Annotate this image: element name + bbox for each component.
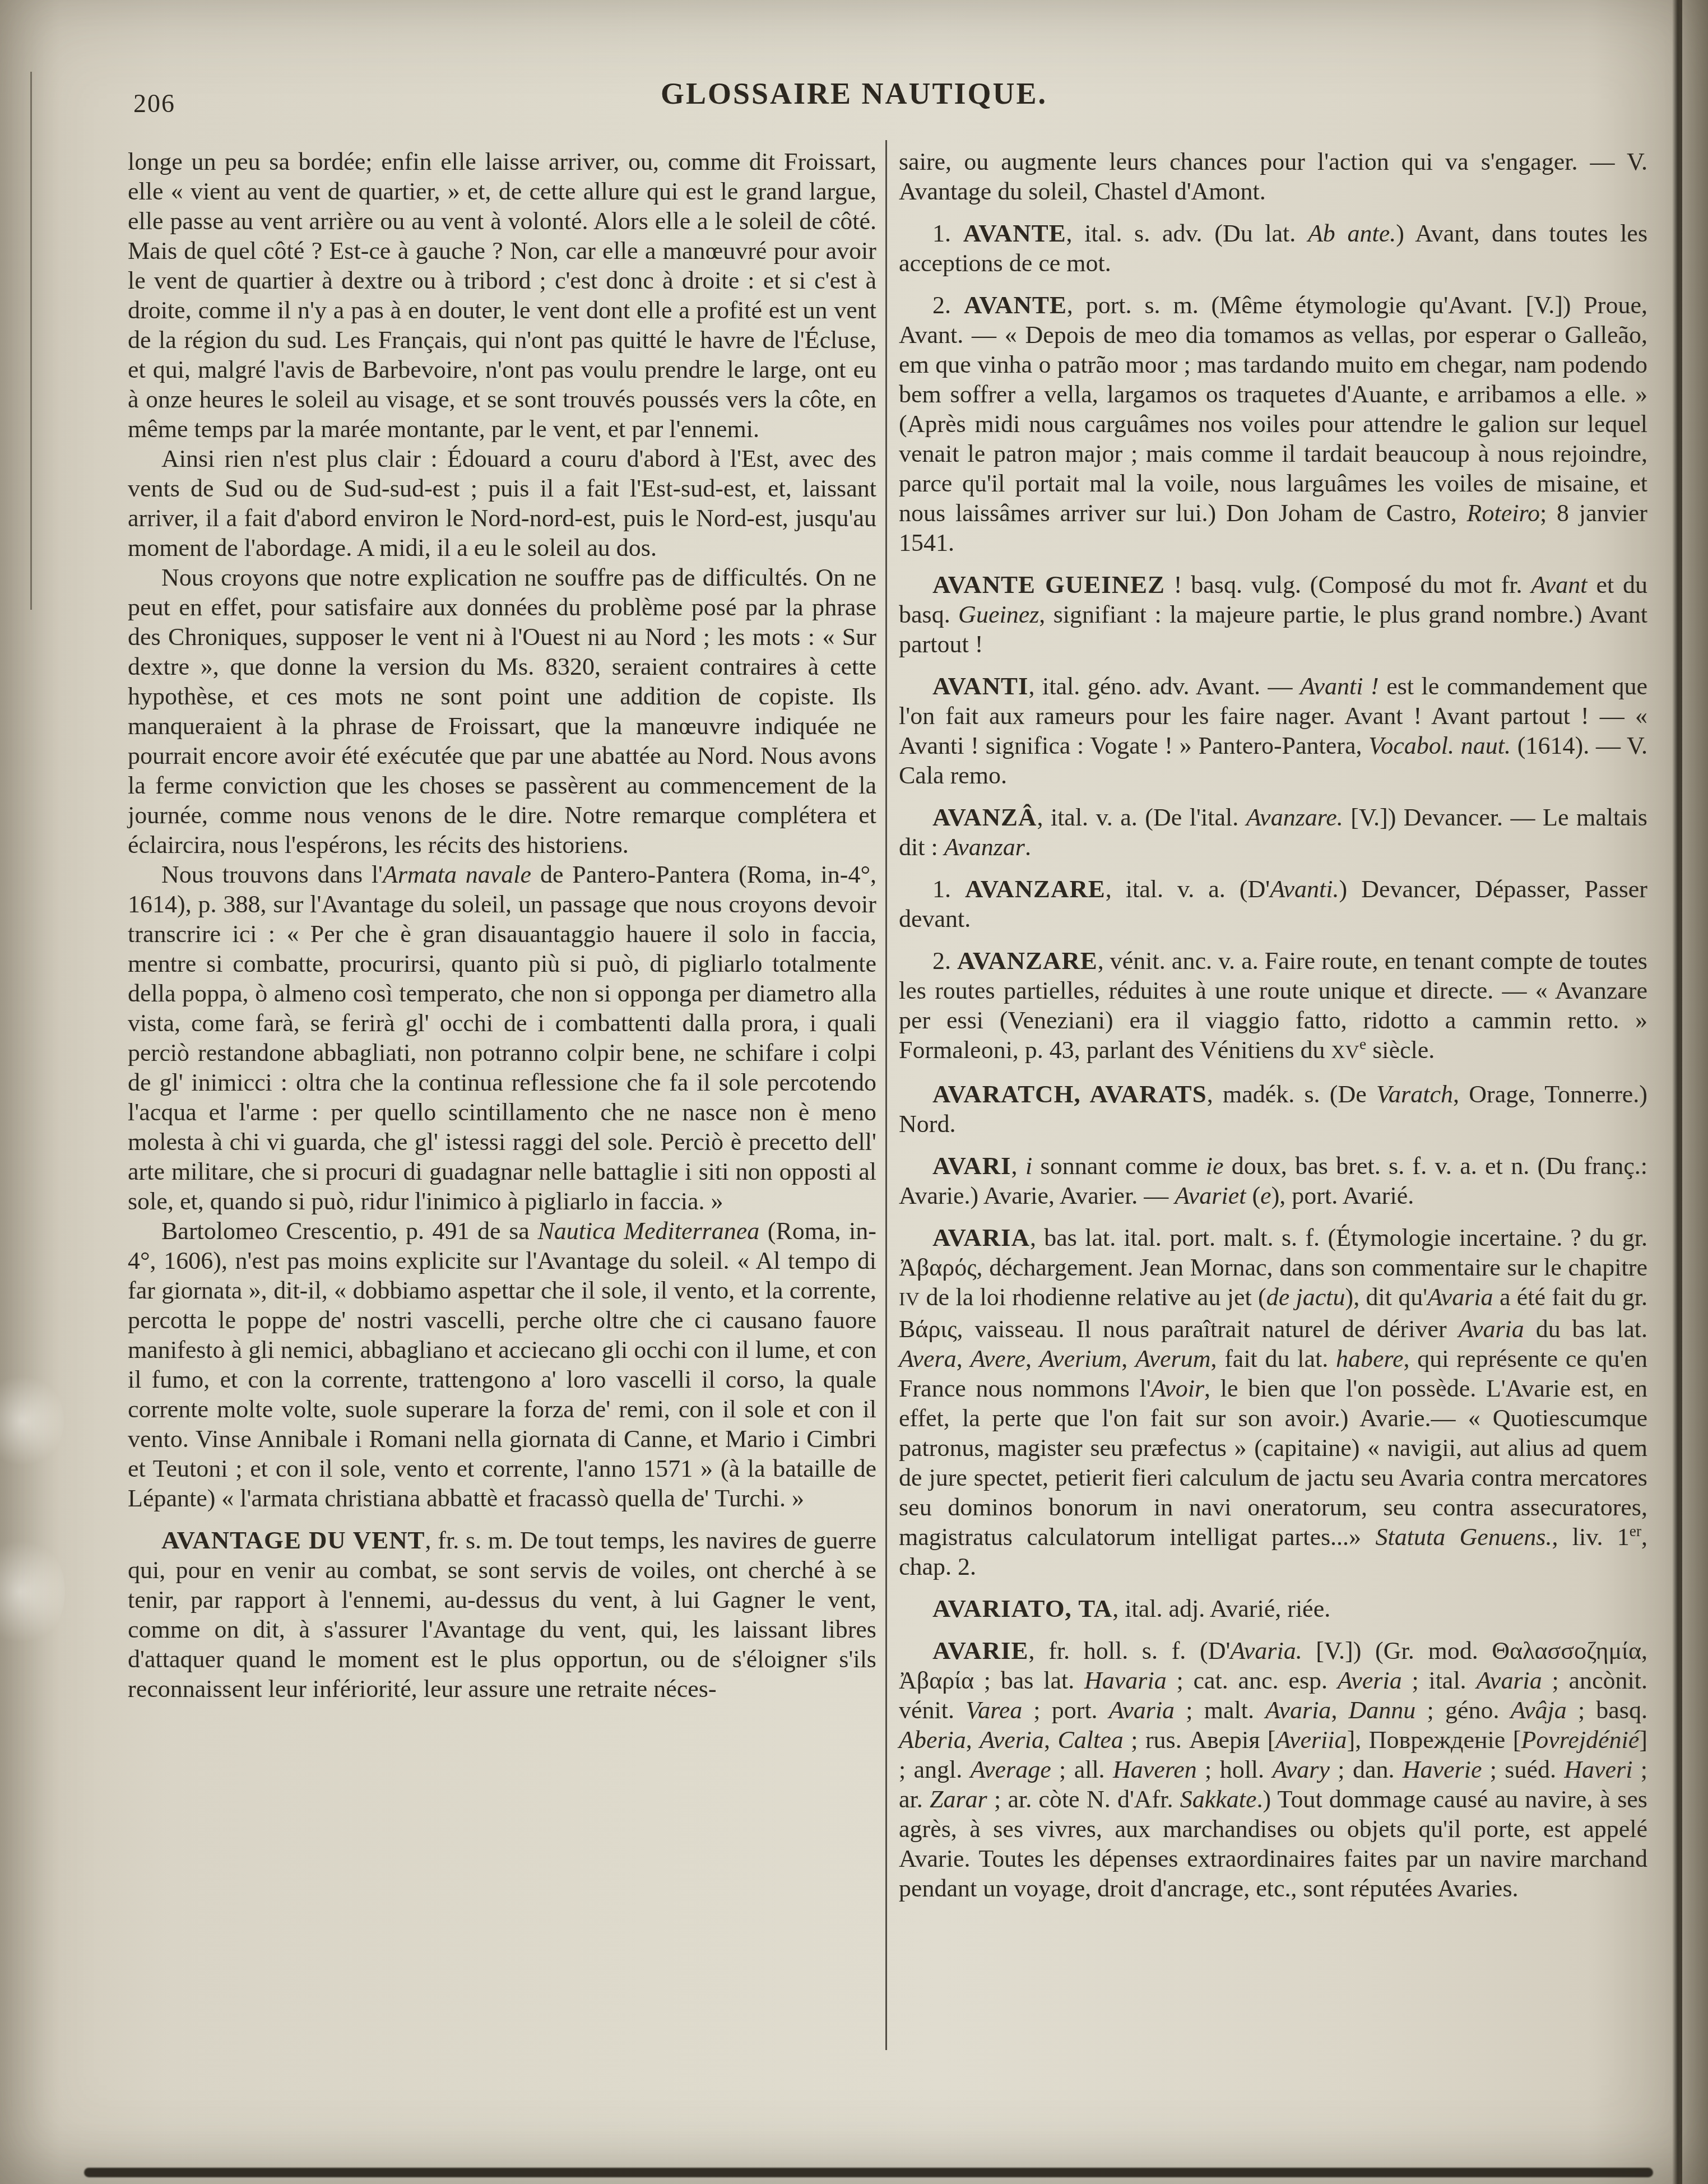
paper-blemish bbox=[0, 1373, 64, 1468]
paragraph: longe un peu sa bordée; enfin elle laiss… bbox=[128, 147, 876, 444]
paper-blemish bbox=[0, 1536, 65, 1648]
paragraph: Nous trouvons dans l'Armata navale de Pa… bbox=[128, 860, 876, 1216]
paragraph: AVARI, i sonnant comme ie doux, bas bret… bbox=[899, 1151, 1647, 1211]
paragraph: AVANTAGE DU VENT, fr. s. m. De tout temp… bbox=[128, 1525, 876, 1704]
right-column: saire, ou augmente leurs chances pour l'… bbox=[899, 147, 1647, 1903]
left-column: longe un peu sa bordée; enfin elle laiss… bbox=[128, 147, 876, 1704]
paragraph: AVARIE, fr. holl. s. f. (D'Avaria. [V.])… bbox=[899, 1636, 1647, 1903]
paragraph: AVARIATO, TA, ital. adj. Avarié, riée. bbox=[899, 1594, 1647, 1624]
scan-right-edge-shadow bbox=[1672, 0, 1682, 2184]
page-title: GLOSSAIRE NAUTIQUE. bbox=[661, 76, 1047, 111]
scan-bottom-shadow bbox=[84, 2168, 1653, 2177]
page-number: 206 bbox=[133, 89, 175, 118]
scan-right-paper-edge bbox=[1682, 0, 1708, 2184]
paragraph: Ainsi rien n'est plus clair : Édouard a … bbox=[128, 444, 876, 563]
paragraph: 2. AVANZARE, vénit. anc. v. a. Faire rou… bbox=[899, 946, 1647, 1067]
paragraph: AVANTI, ital. géno. adv. Avant. — Avanti… bbox=[899, 671, 1647, 790]
paragraph: AVARIA, bas lat. ital. port. malt. s. f.… bbox=[899, 1223, 1647, 1582]
column-divider-rule bbox=[885, 140, 887, 2050]
paragraph: AVARATCH, AVARATS, madék. s. (De Varatch… bbox=[899, 1079, 1647, 1139]
paragraph: 2. AVANTE, port. s. m. (Même étymologie … bbox=[899, 290, 1647, 558]
paragraph: 1. AVANTE, ital. s. adv. (Du lat. Ab ant… bbox=[899, 219, 1647, 278]
scanned-page: 206 GLOSSAIRE NAUTIQUE. longe un peu sa … bbox=[0, 0, 1708, 2184]
scan-left-edge-line bbox=[30, 72, 32, 610]
paragraph: Nous croyons que notre explication ne so… bbox=[128, 563, 876, 860]
paragraph: 1. AVANZARE, ital. v. a. (D'Avanti.) Dev… bbox=[899, 874, 1647, 934]
paragraph: saire, ou augmente leurs chances pour l'… bbox=[899, 147, 1647, 206]
paragraph: AVANZÂ, ital. v. a. (De l'ital. Avanzare… bbox=[899, 803, 1647, 862]
paragraph: AVANTE GUEINEZ ! basq. vulg. (Composé du… bbox=[899, 570, 1647, 659]
paragraph: Bartolomeo Crescentio, p. 491 de sa Naut… bbox=[128, 1216, 876, 1513]
